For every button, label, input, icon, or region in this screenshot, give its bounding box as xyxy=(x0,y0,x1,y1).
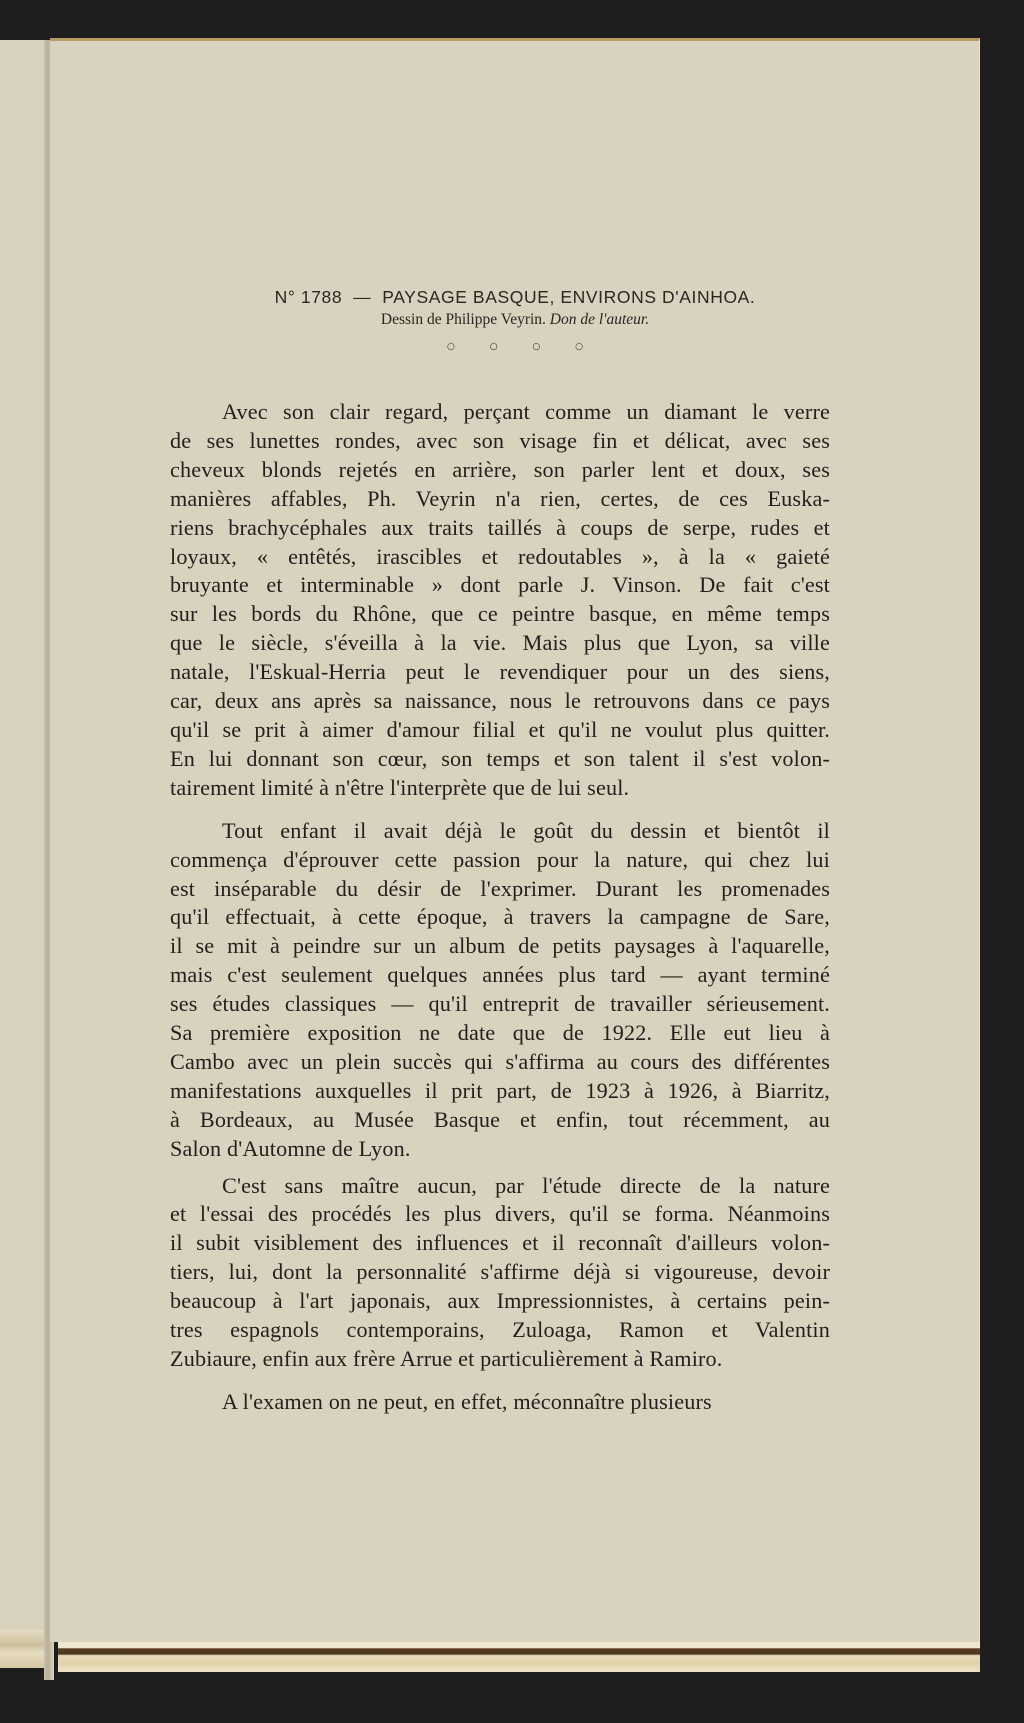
text-line: Zubiaure, enfin aux frère Arrue et parti… xyxy=(170,1345,830,1374)
text-line: Cambo avec un plein succès qui s'affirma… xyxy=(170,1048,830,1077)
text-line: beaucoup à l'art japonais, aux Impressio… xyxy=(170,1287,830,1316)
text-line: manières affables, Ph. Veyrin n'a rien, … xyxy=(170,485,830,514)
text-line: à Bordeaux, au Musée Basque et enfin, to… xyxy=(170,1106,830,1135)
text-line: C'est sans maître aucun, par l'étude dir… xyxy=(170,1172,830,1201)
text-line: cheveux blonds rejetés en arrière, son p… xyxy=(170,456,830,485)
text-line: est inséparable du désir de l'exprimer. … xyxy=(170,875,830,904)
text-line: Sa première exposition ne date que de 19… xyxy=(170,1019,830,1048)
text-line: qu'il se prit à aimer d'amour filial et … xyxy=(170,716,830,745)
paragraph-1: Avec son clair regard, perçant comme un … xyxy=(170,398,830,803)
text-line: riens brachycéphales aux traits taillés … xyxy=(170,514,830,543)
text-line: qu'il effectuait, à cette époque, à trav… xyxy=(170,903,830,932)
paragraph-3: C'est sans maître aucun, par l'étude dir… xyxy=(170,1172,830,1374)
text-line: En lui donnant son cœur, son temps et so… xyxy=(170,745,830,774)
text-line: de ses lunettes rondes, avec son visage … xyxy=(170,427,830,456)
text-line: car, deux ans après sa naissance, nous l… xyxy=(170,687,830,716)
text-line: que le siècle, s'éveilla à la vie. Mais … xyxy=(170,629,830,658)
body-text: Avec son clair regard, perçant comme un … xyxy=(170,398,830,1417)
text-line: commença d'éprouver cette passion pour l… xyxy=(170,846,830,875)
paragraph-4: A l'examen on ne peut, en effet, méconna… xyxy=(170,1388,830,1417)
entry-number: N° 1788 xyxy=(275,287,343,307)
text-line: bruyante et interminable » dont parle J.… xyxy=(170,571,830,600)
entry-title-text: PAYSAGE BASQUE, ENVIRONS D'AINHOA. xyxy=(382,287,755,307)
catalog-entry-heading: N° 1788 — PAYSAGE BASQUE, ENVIRONS D'AIN… xyxy=(190,286,840,352)
entry-dash: — xyxy=(353,287,371,307)
text-line: ses études classiques — qu'il entreprit … xyxy=(170,990,830,1019)
text-line: sur les bords du Rhône, que ce peintre b… xyxy=(170,600,830,629)
text-line: et l'essai des procédés les plus divers,… xyxy=(170,1200,830,1229)
text-line: tres espagnols contemporains, Zuloaga, R… xyxy=(170,1316,830,1345)
text-line: A l'examen on ne peut, en effet, méconna… xyxy=(170,1388,830,1417)
entry-credit: Dessin de Philippe Veyrin. xyxy=(381,311,546,328)
text-line: Salon d'Automne de Lyon. xyxy=(170,1135,830,1164)
facing-page-stack xyxy=(0,1630,50,1668)
paragraph-2: Tout enfant il avait déjà le goût du des… xyxy=(170,817,830,1164)
text-line: Tout enfant il avait déjà le goût du des… xyxy=(170,817,830,846)
entry-subtitle: Dessin de Philippe Veyrin. Don de l'aute… xyxy=(190,310,840,330)
text-line: loyaux, « entêtés, irascibles et redouta… xyxy=(170,543,830,572)
text-line: tiers, lui, dont la personnalité s'affir… xyxy=(170,1258,830,1287)
text-line: Avec son clair regard, perçant comme un … xyxy=(170,398,830,427)
text-line: il se mit à peindre sur un album de peti… xyxy=(170,932,830,961)
entry-donation: Don de l'auteur. xyxy=(550,311,649,328)
facing-page-edge xyxy=(0,40,50,1630)
text-line: mais c'est seulement quelques années plu… xyxy=(170,961,830,990)
page-bottom-edge xyxy=(58,1642,980,1672)
text-line: il subit visiblement des influences et i… xyxy=(170,1229,830,1258)
text-line: tairement limité à n'être l'interprète q… xyxy=(170,774,830,803)
entry-title: N° 1788 — PAYSAGE BASQUE, ENVIRONS D'AIN… xyxy=(190,286,840,308)
text-line: manifestations auxquelles il prit part, … xyxy=(170,1077,830,1106)
ornament-divider: ○ ○ ○ ○ xyxy=(190,342,840,352)
text-line: natale, l'Eskual-Herria peut le revendiq… xyxy=(170,658,830,687)
